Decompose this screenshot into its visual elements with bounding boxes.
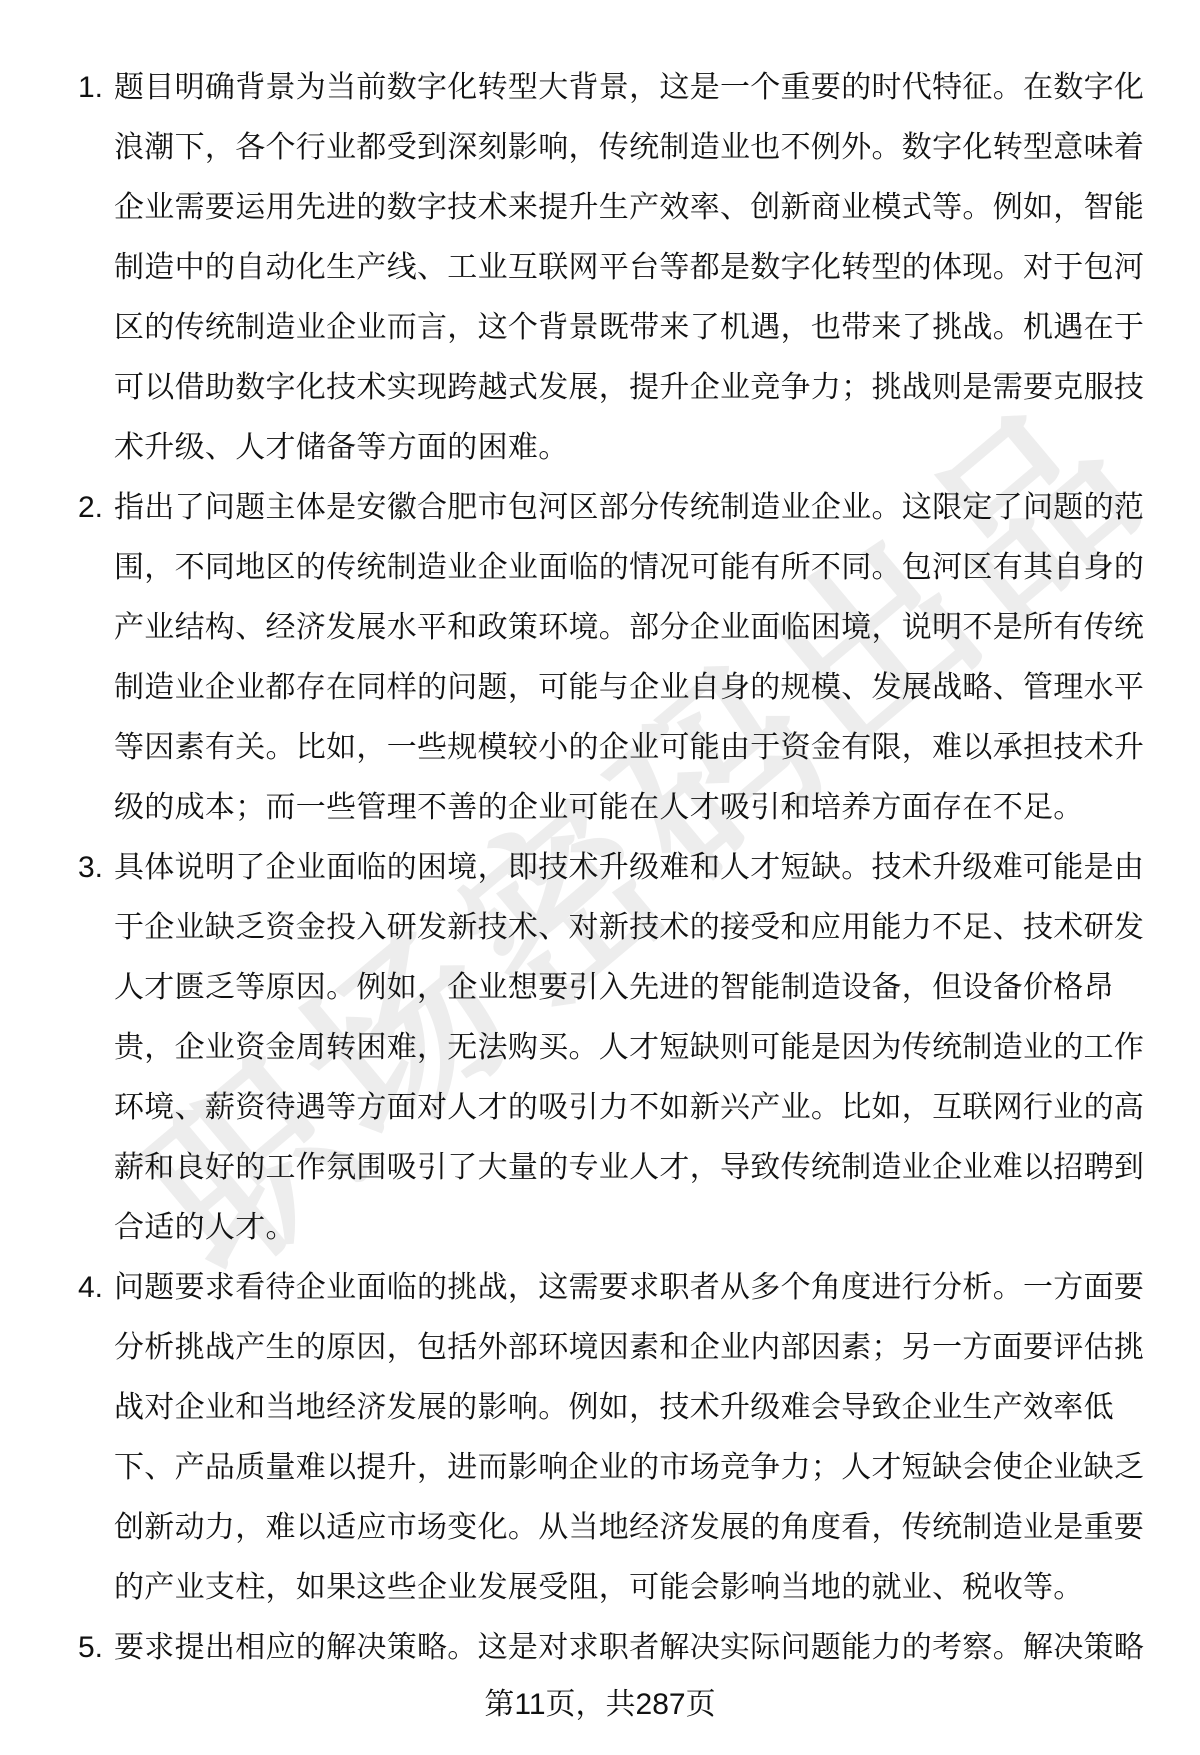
item-number: 2. [78,478,103,538]
list-item: 3.具体说明了企业面临的困境，即技术升级难和人才短缺。技术升级难可能是由于企业缺… [78,838,1140,1258]
text-line: 可以借助数字化技术实现跨越式发展，提升企业竞争力；挑战则是需要克服技 [114,358,1140,418]
text-line: 术升级、人才储备等方面的困难。 [114,418,1140,478]
text-line: 浪潮下，各个行业都受到深刻影响，传统制造业也不例外。数字化转型意味着 [114,118,1140,178]
text-line: 问题要求看待企业面临的挑战，这需要求职者从多个角度进行分析。一方面要 [114,1258,1140,1318]
analysis-list: 1.题目明确背景为当前数字化转型大背景，这是一个重要的时代特征。在数字化浪潮下，… [78,58,1140,1678]
text-line: 创新动力，难以适应市场变化。从当地经济发展的角度看，传统制造业是重要 [114,1498,1140,1558]
text-line: 人才匮乏等原因。例如，企业想要引入先进的智能制造设备，但设备价格昂 [114,958,1140,1018]
text-line: 企业需要运用先进的数字技术来提升生产效率、创新商业模式等。例如，智能 [114,178,1140,238]
document-page: 职场密码出品 1.题目明确背景为当前数字化转型大背景，这是一个重要的时代特征。在… [0,0,1200,1755]
list-item: 4.问题要求看待企业面临的挑战，这需要求职者从多个角度进行分析。一方面要分析挑战… [78,1258,1140,1618]
text-line: 要求提出相应的解决策略。这是对求职者解决实际问题能力的考察。解决策略 [114,1618,1140,1678]
list-item: 1.题目明确背景为当前数字化转型大背景，这是一个重要的时代特征。在数字化浪潮下，… [78,58,1140,478]
text-line: 分析挑战产生的原因，包括外部环境因素和企业内部因素；另一方面要评估挑 [114,1318,1140,1378]
item-number: 1. [78,58,103,118]
text-line: 等因素有关。比如，一些规模较小的企业可能由于资金有限，难以承担技术升 [114,718,1140,778]
text-line: 战对企业和当地经济发展的影响。例如，技术升级难会导致企业生产效率低 [114,1378,1140,1438]
text-line: 题目明确背景为当前数字化转型大背景，这是一个重要的时代特征。在数字化 [114,58,1140,118]
text-line: 级的成本；而一些管理不善的企业可能在人才吸引和培养方面存在不足。 [114,778,1140,838]
item-number: 5. [78,1618,103,1678]
text-line: 制造业企业都存在同样的问题，可能与企业自身的规模、发展战略、管理水平 [114,658,1140,718]
text-line: 围，不同地区的传统制造业企业面临的情况可能有所不同。包河区有其自身的 [114,538,1140,598]
item-number: 3. [78,838,103,898]
text-line: 指出了问题主体是安徽合肥市包河区部分传统制造业企业。这限定了问题的范 [114,478,1140,538]
text-line: 制造中的自动化生产线、工业互联网平台等都是数字化转型的体现。对于包河 [114,238,1140,298]
text-line: 薪和良好的工作氛围吸引了大量的专业人才，导致传统制造业企业难以招聘到 [114,1138,1140,1198]
list-item: 5.要求提出相应的解决策略。这是对求职者解决实际问题能力的考察。解决策略 [78,1618,1140,1678]
text-line: 具体说明了企业面临的困境，即技术升级难和人才短缺。技术升级难可能是由 [114,838,1140,898]
list-item: 2.指出了问题主体是安徽合肥市包河区部分传统制造业企业。这限定了问题的范围，不同… [78,478,1140,838]
text-line: 贵，企业资金周转困难，无法购买。人才短缺则可能是因为传统制造业的工作 [114,1018,1140,1078]
text-line: 的产业支柱，如果这些企业发展受阻，可能会影响当地的就业、税收等。 [114,1558,1140,1618]
text-line: 下、产品质量难以提升，进而影响企业的市场竞争力；人才短缺会使企业缺乏 [114,1438,1140,1498]
text-line: 合适的人才。 [114,1198,1140,1258]
page-number-footer: 第11页，共287页 [0,1685,1200,1725]
text-line: 于企业缺乏资金投入研发新技术、对新技术的接受和应用能力不足、技术研发 [114,898,1140,958]
text-line: 产业结构、经济发展水平和政策环境。部分企业面临困境，说明不是所有传统 [114,598,1140,658]
text-line: 区的传统制造业企业而言，这个背景既带来了机遇，也带来了挑战。机遇在于 [114,298,1140,358]
item-number: 4. [78,1258,103,1318]
text-line: 环境、薪资待遇等方面对人才的吸引力不如新兴产业。比如，互联网行业的高 [114,1078,1140,1138]
